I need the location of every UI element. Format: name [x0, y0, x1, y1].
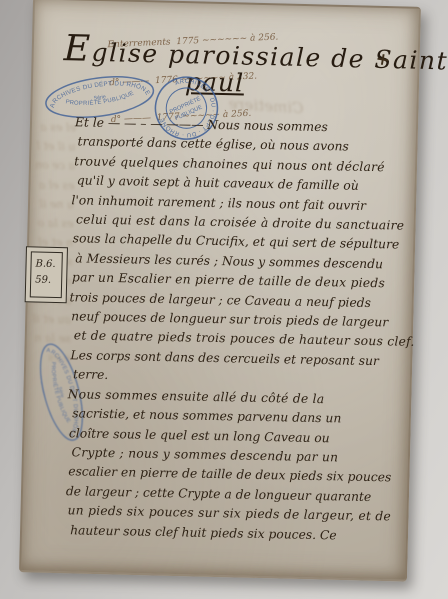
shelf-mark-number: 59.: [35, 272, 66, 289]
shelf-mark-series: B.6.: [35, 256, 66, 273]
shelf-mark-label: B.6. 59.: [25, 246, 68, 303]
manuscript-body-text: Et le — — – — ——— Nous nous sommestransp…: [67, 113, 411, 546]
manuscript-page: el es au il et la ce on es el au ne il e…: [19, 0, 421, 582]
photo-backdrop: el es au il et la ce on es el au ne il e…: [0, 0, 448, 599]
bleedthrough-text-left: el es au il et la ce on es el au ne il e…: [28, 117, 76, 368]
